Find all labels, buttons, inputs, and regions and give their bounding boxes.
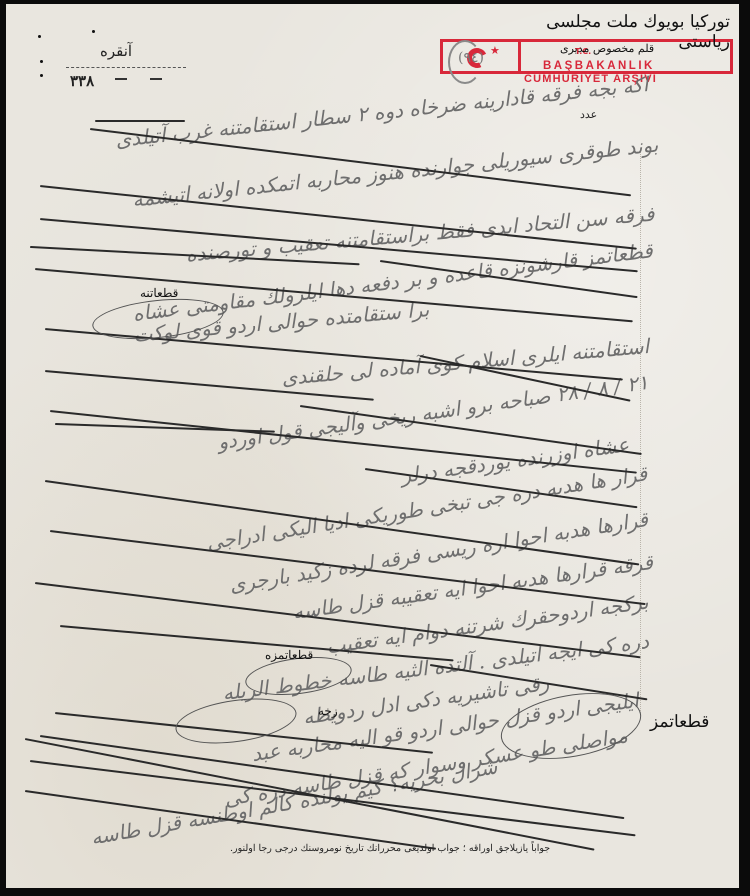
star-icon: ★: [490, 45, 500, 56]
annotation-3: زخه: [318, 704, 338, 718]
strike-line: [95, 120, 185, 122]
footer-instruction: جواباً يازيلاجق اوراقه ؛ جواب اولديغى مح…: [230, 843, 550, 854]
pencil-number: (٩٤): [458, 50, 484, 66]
city-underline: [66, 64, 186, 68]
reference-number: ٣٣٨: [70, 72, 94, 90]
letterhead-subtitle: قلم مخصوص مديرى: [560, 42, 654, 55]
stamp-line-1: BAŞBAKANLIK: [543, 60, 655, 72]
city-label: آنقره: [100, 42, 132, 60]
annotation-1: قطعاتنه: [140, 286, 178, 300]
ref-dash: [115, 78, 127, 80]
aded-label: عدد: [580, 108, 597, 121]
ref-dash: [150, 78, 162, 80]
annotation-2: قطعاتمزه: [265, 648, 313, 662]
margin-note: قطعاتمز: [650, 712, 709, 732]
